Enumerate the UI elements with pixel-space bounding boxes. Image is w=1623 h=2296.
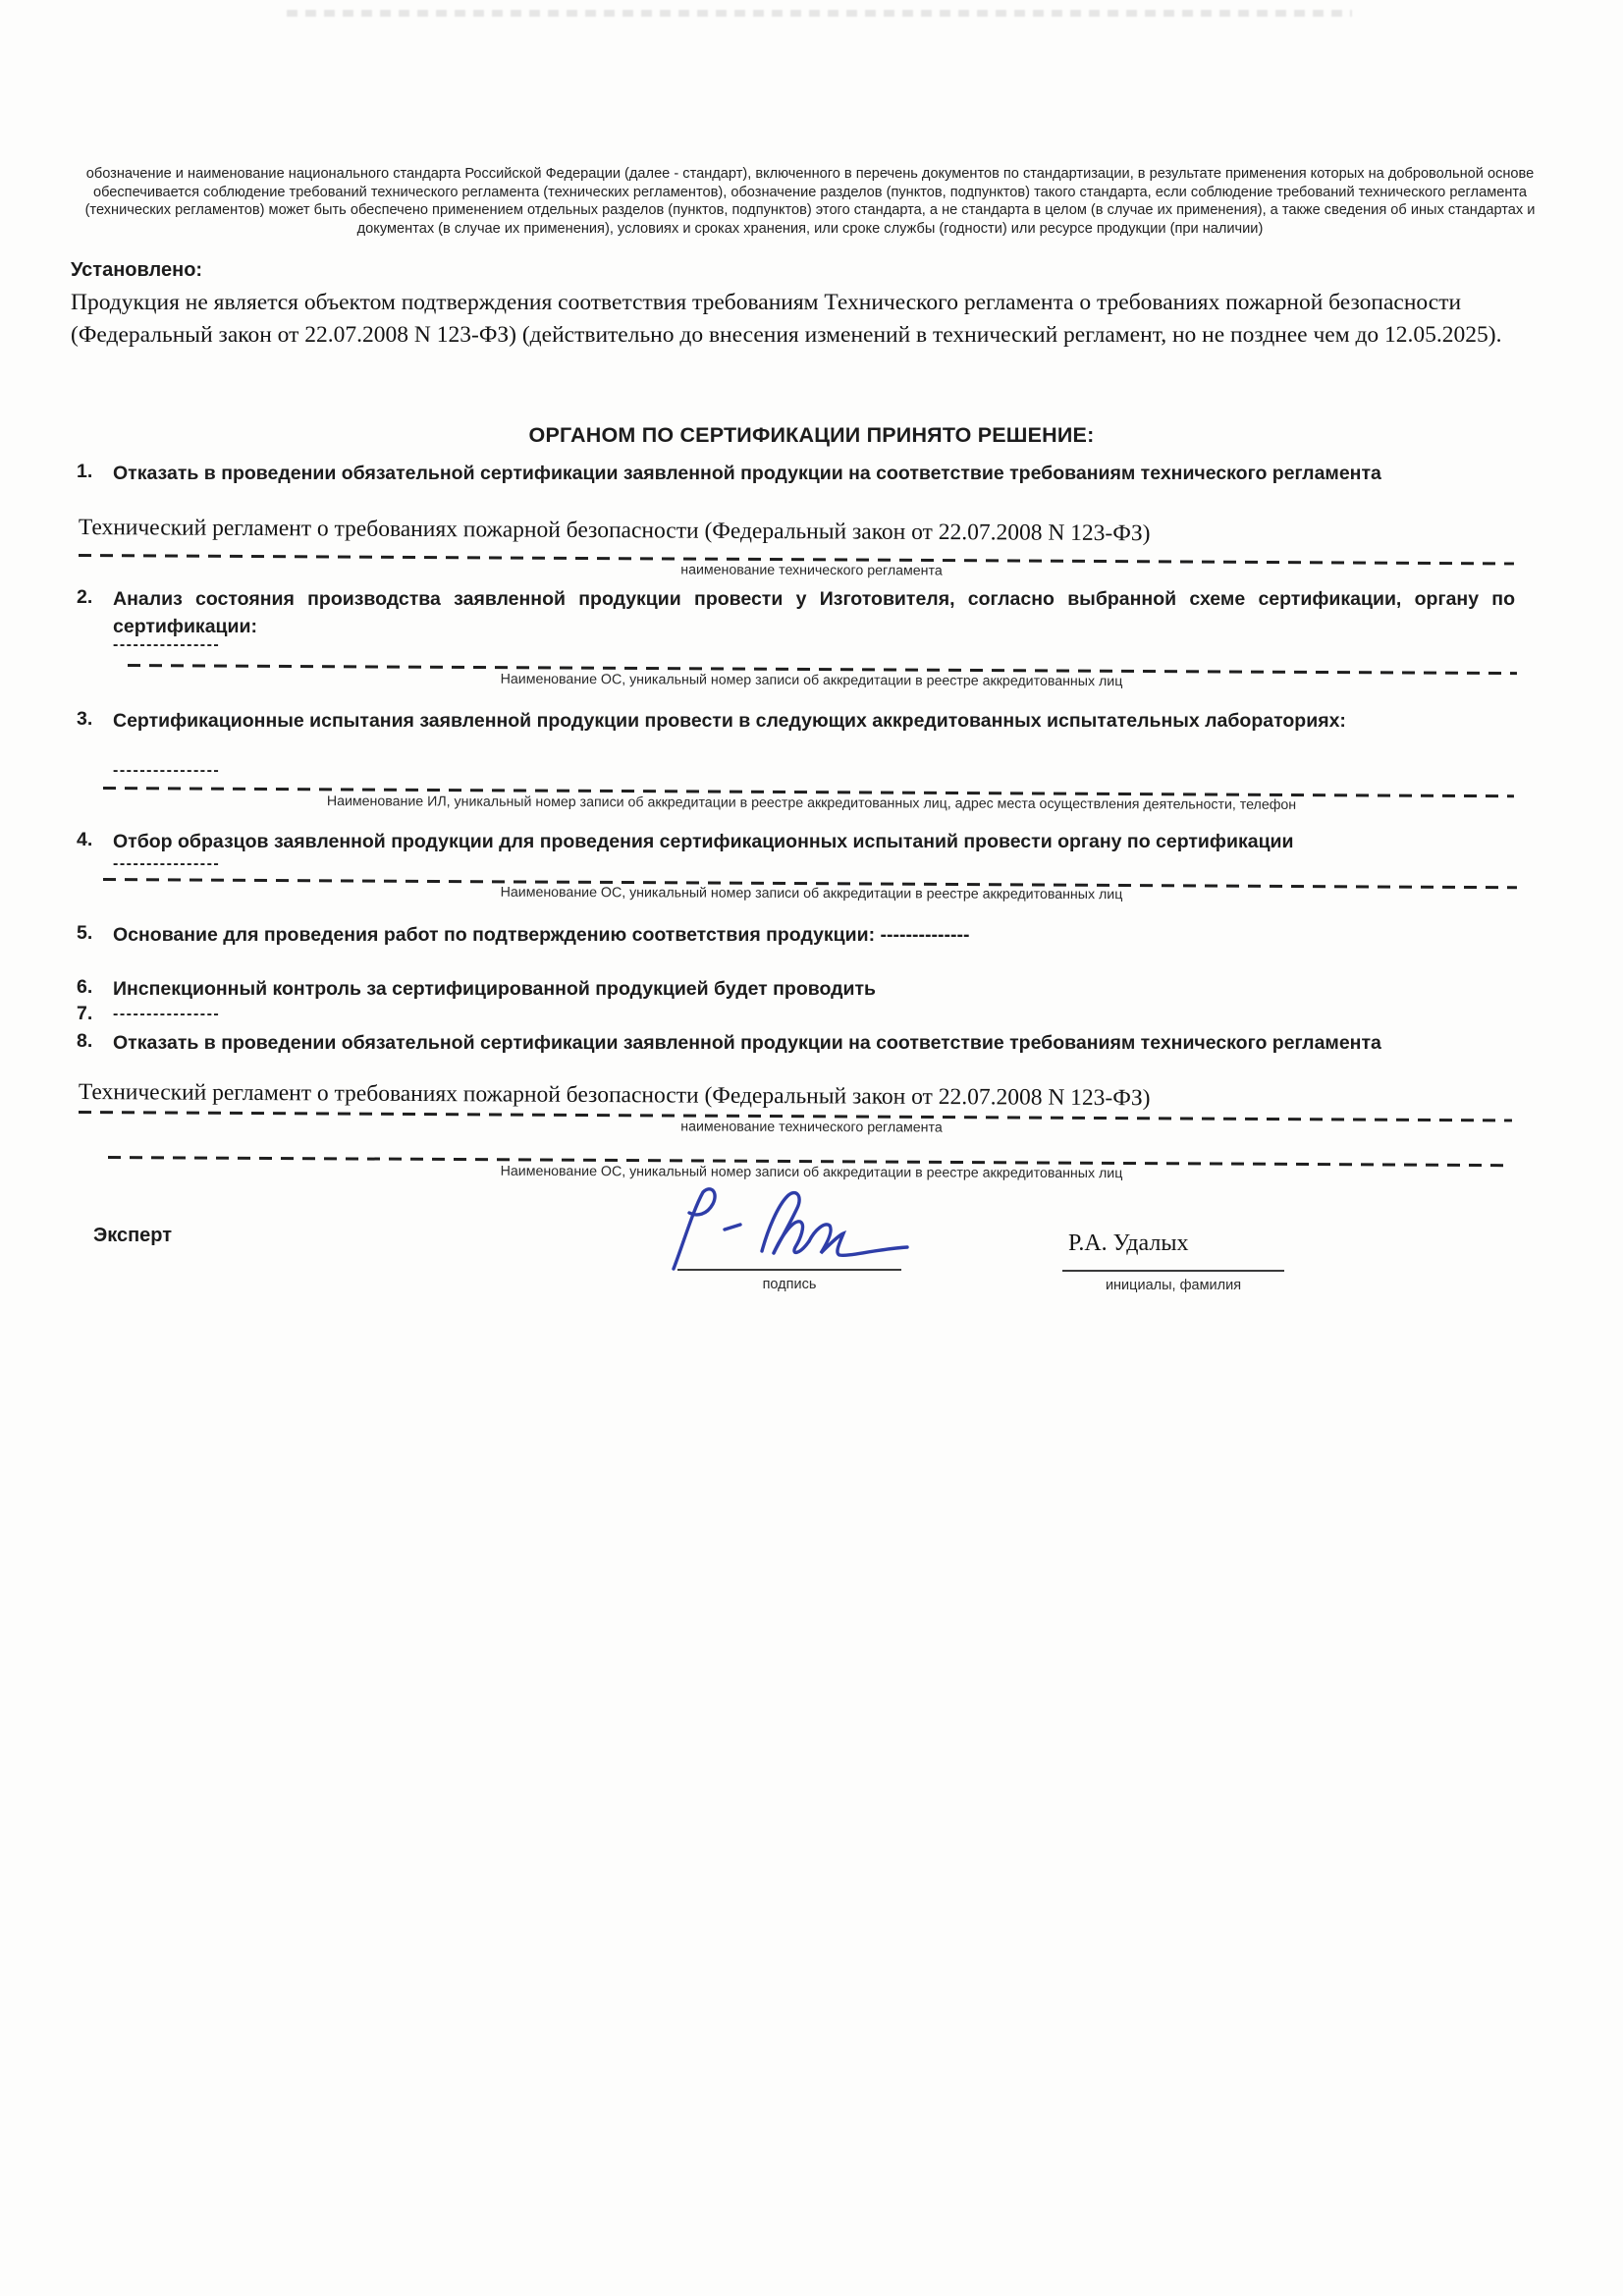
expert-role-label: Эксперт [93,1225,172,1247]
item-8-number: 8. [77,1030,112,1053]
item-2-placeholder-value: ---------------- [113,636,220,654]
item-4-placeholder-value: ---------------- [113,855,220,873]
item-7-number: 7. [77,1003,112,1025]
item-3-text: Сертификационные испытания заявленной пр… [113,708,1515,736]
established-text: Продукция не является объектом подтвержд… [71,287,1522,352]
item-8-text: Отказать в проведении обязательной серти… [113,1030,1515,1058]
item-5-number: 5. [77,922,112,945]
item-6-number: 6. [77,976,112,999]
decision-heading: ОРГАНОМ ПО СЕРТИФИКАЦИИ ПРИНЯТО РЕШЕНИЕ: [0,423,1623,448]
signature-line [677,1269,901,1271]
item-5-text: Основание для проведения работ по подтве… [113,922,1515,950]
item-2-text: Анализ состояния производства заявленной… [113,586,1515,640]
item-2-number: 2. [77,586,112,609]
established-label: Установлено: [71,259,202,282]
item-7-placeholder-value: ---------------- [113,1006,220,1023]
scan-bleed-artifact [287,10,1352,17]
signature-caption: подпись [677,1277,901,1292]
item-8-regulation-value: Технический регламент о требованиях пожа… [79,1079,1151,1112]
item-3-number: 3. [77,708,112,731]
item-1-number: 1. [77,461,112,483]
scanned-document-page: обозначение и наименование национального… [0,0,1623,2296]
item-6-text: Инспекционный контроль за сертифицирован… [113,976,1515,1004]
name-line [1062,1270,1284,1272]
expert-name: Р.А. Удалых [1068,1230,1188,1257]
item-3-placeholder-value: ---------------- [113,762,220,780]
item-4-number: 4. [77,829,112,851]
item-4-text: Отбор образцов заявленной продукции для … [113,829,1515,856]
standard-designation-note: обозначение и наименование национального… [84,165,1536,238]
handwritten-signature [660,1186,945,1275]
item-1-text: Отказать в проведении обязательной серти… [113,461,1515,488]
item-1-regulation-value: Технический регламент о требованиях пожа… [79,515,1151,547]
name-caption: инициалы, фамилия [1062,1278,1284,1293]
